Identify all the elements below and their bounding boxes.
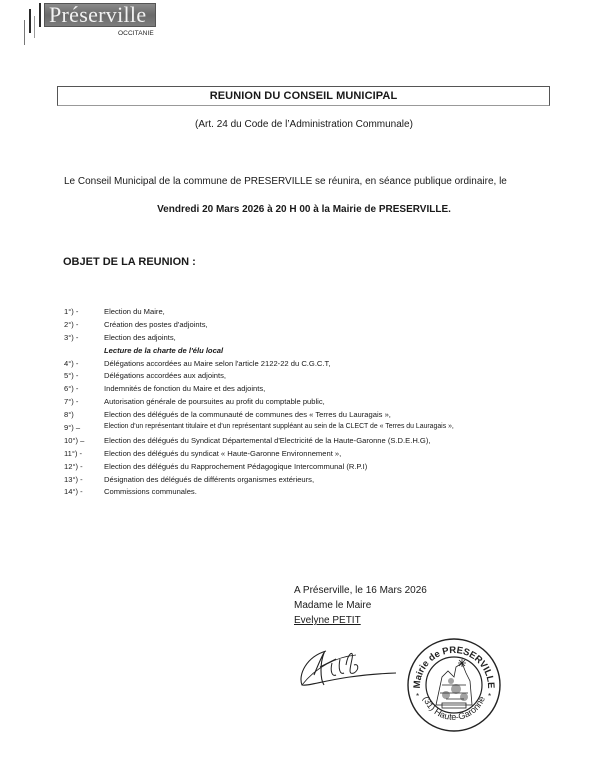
agenda-item-text: Commissions communales. xyxy=(104,487,197,496)
agenda-item-number: 9°) – xyxy=(64,423,80,432)
agenda-item: 14°) -Commissions communales. xyxy=(0,487,608,500)
agenda-item: Lecture de la charte de l'élu local xyxy=(0,346,608,359)
signer-role: Madame le Maire xyxy=(294,598,427,613)
svg-text:*: * xyxy=(488,692,491,701)
agenda-item-text: Délégations accordées aux adjoints, xyxy=(104,371,226,380)
agenda-item-text: Election des adjoints, xyxy=(104,333,176,342)
agenda-item-number: 8°) xyxy=(64,410,74,419)
agenda-item-text: Création des postes d'adjoints, xyxy=(104,320,208,329)
handwritten-signature xyxy=(296,645,406,695)
logo-text: Préserville xyxy=(49,2,146,28)
agenda-item-number: 12°) - xyxy=(64,462,83,471)
agenda-item-text: Autorisation générale de poursuites au p… xyxy=(104,397,325,406)
document-title: REUNION DU CONSEIL MUNICIPAL xyxy=(210,90,398,102)
agenda-item-number: 11°) - xyxy=(64,449,82,458)
agenda-item: 11°) -Election des délégués du syndicat … xyxy=(0,449,608,462)
document-subtitle: (Art. 24 du Code de l’Administration Com… xyxy=(0,119,608,130)
document-title-box: REUNION DU CONSEIL MUNICIPAL xyxy=(57,86,550,106)
agenda-item: 9°) –Election d'un représentant titulair… xyxy=(0,423,608,436)
agenda-item-text: Election des délégués du syndicat « Haut… xyxy=(104,449,341,458)
section-heading: OBJET DE LA REUNION : xyxy=(63,256,196,268)
agenda-item-number: 4°) - xyxy=(64,359,78,368)
agenda-item: 7°) -Autorisation générale de poursuites… xyxy=(0,397,608,410)
agenda-item-text: Indemnités de fonction du Maire et des a… xyxy=(104,384,265,393)
logo-subtitle: OCCITANIE xyxy=(118,30,154,37)
signer-name: Evelyne PETIT xyxy=(294,613,427,628)
agenda-item-number: 10°) – xyxy=(64,436,84,445)
agenda-list: 1°) -Election du Maire,2°) -Création des… xyxy=(0,307,608,500)
stamp-top-text: Mairie de PRESERVILLE xyxy=(412,645,496,689)
agenda-item: 3°) -Election des adjoints, xyxy=(0,333,608,346)
logo: Préserville xyxy=(44,3,156,27)
agenda-item: 6°) -Indemnités de fonction du Maire et … xyxy=(0,384,608,397)
official-stamp: Mairie de PRESERVILLE (31) Haute-Garonne… xyxy=(406,637,502,733)
svg-text:*: * xyxy=(416,692,419,701)
svg-text:Mairie de PRESERVILLE: Mairie de PRESERVILLE xyxy=(412,645,496,689)
agenda-item: 1°) -Election du Maire, xyxy=(0,307,608,320)
agenda-item: 5°) -Délégations accordées aux adjoints, xyxy=(0,371,608,384)
agenda-item-text: Election des délégués de la communauté d… xyxy=(104,410,391,419)
agenda-item: 8°)Election des délégués de la communaut… xyxy=(0,410,608,423)
agenda-item: 2°) -Création des postes d'adjoints, xyxy=(0,320,608,333)
intro-text: Le Conseil Municipal de la commune de PR… xyxy=(64,176,507,187)
agenda-item-text: Election des délégués du Syndicat Départ… xyxy=(104,436,430,445)
agenda-item-number: 14°) - xyxy=(64,487,83,496)
agenda-item-number: 7°) - xyxy=(64,397,78,406)
agenda-item-text: Lecture de la charte de l'élu local xyxy=(104,346,223,355)
agenda-item: 13°) -Désignation des délégués de différ… xyxy=(0,475,608,488)
signature-block: A Préserville, le 16 Mars 2026 Madame le… xyxy=(294,583,427,628)
agenda-item: 12°) -Election des délégués du Rapproche… xyxy=(0,462,608,475)
agenda-item: 10°) –Election des délégués du Syndicat … xyxy=(0,436,608,449)
agenda-item-text: Election du Maire, xyxy=(104,307,165,316)
agenda-item-number: 1°) - xyxy=(64,307,78,316)
place-date: A Préserville, le 16 Mars 2026 xyxy=(294,583,427,598)
agenda-item-text: Désignation des délégués de différents o… xyxy=(104,475,314,484)
agenda-item-number: 5°) - xyxy=(64,371,78,380)
agenda-item-number: 3°) - xyxy=(64,333,78,342)
agenda-item-text: Délégations accordées au Maire selon l'a… xyxy=(104,359,330,368)
agenda-item-text: Election d'un représentant titulaire et … xyxy=(104,423,454,430)
agenda-item: 4°) -Délégations accordées au Maire selo… xyxy=(0,359,608,372)
meeting-datetime: Vendredi 20 Mars 2026 à 20 H 00 à la Mai… xyxy=(0,204,608,215)
agenda-item-number: 6°) - xyxy=(64,384,78,393)
agenda-item-number: 2°) - xyxy=(64,320,78,329)
agenda-item-text: Election des délégués du Rapprochement P… xyxy=(104,462,367,471)
agenda-item-number: 13°) - xyxy=(64,475,83,484)
